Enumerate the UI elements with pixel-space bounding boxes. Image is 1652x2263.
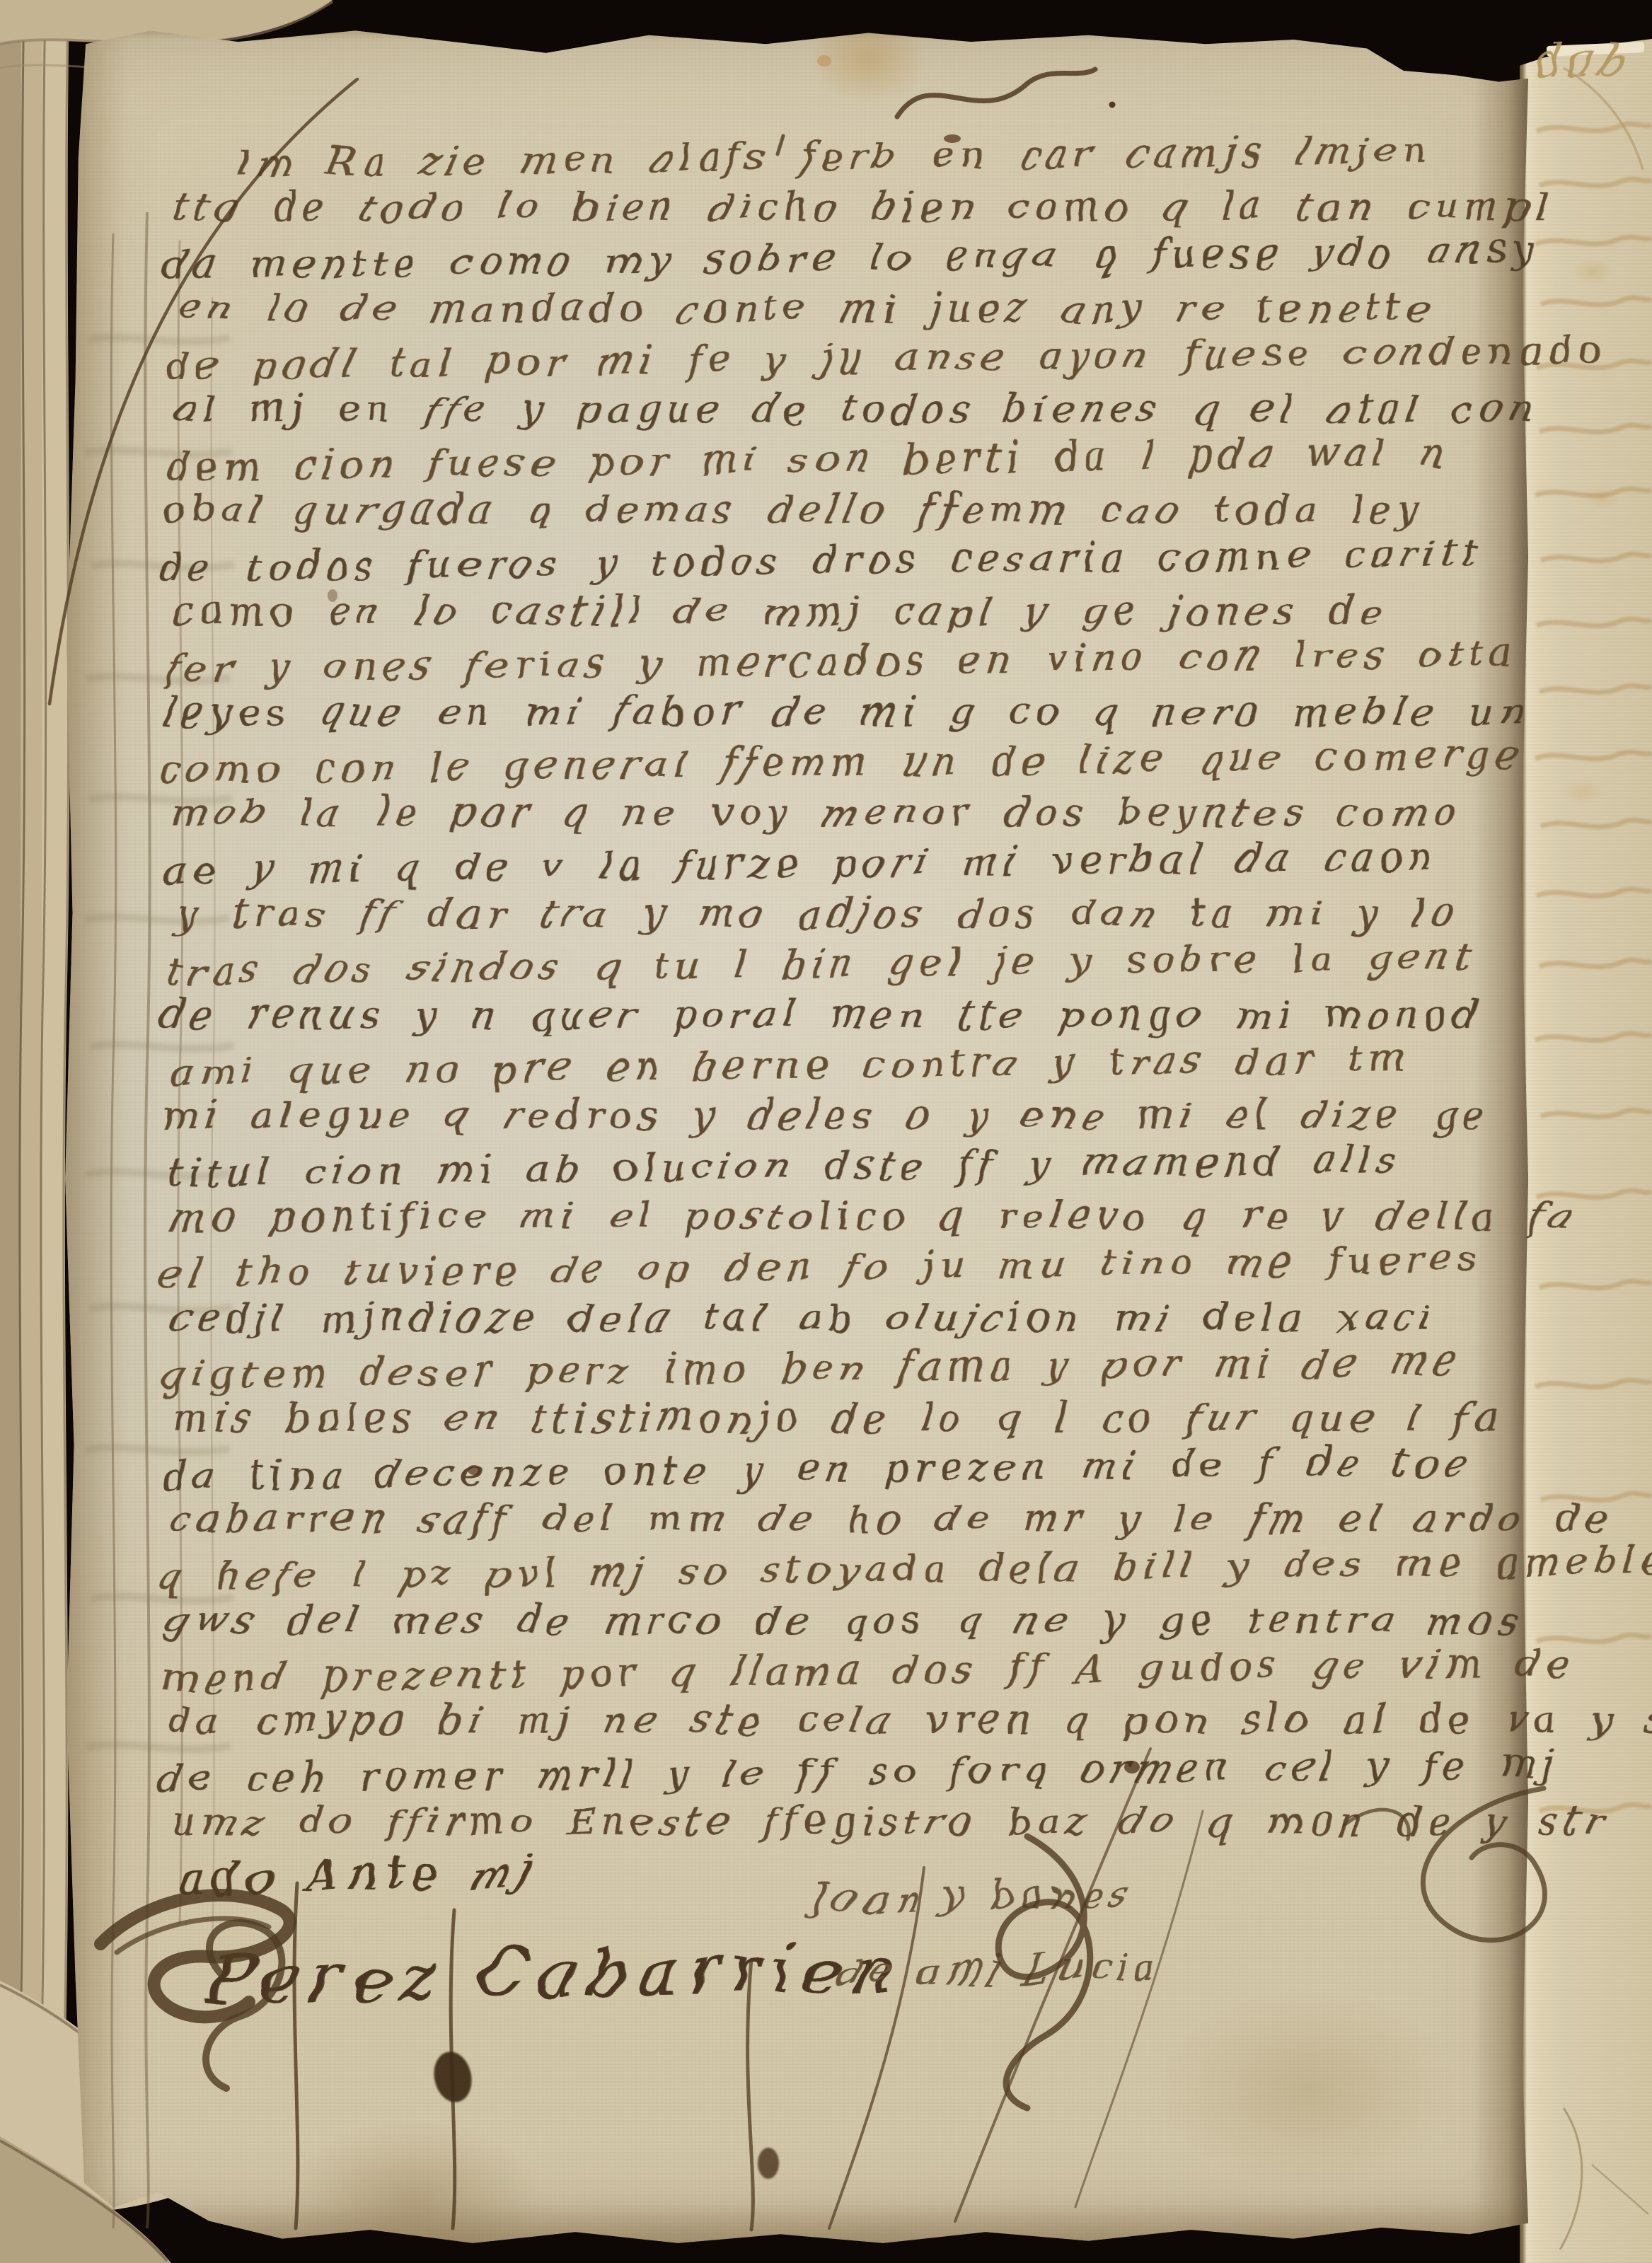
notary-signature: Perez Cabarrien [203, 1931, 911, 2020]
manuscript-photo: lm Ra zie men alafs ferb en car camjs lm… [0, 0, 1652, 2263]
witness-signature-line2: de ami Lucia [836, 1944, 1167, 1994]
signature-block: ado Ante mj Perez Cabarrien Joan y banes… [0, 0, 1652, 2263]
signature-ante-mi: ado Ante mj [173, 1845, 543, 1906]
witness-signature: Joan y banes [809, 1870, 1138, 1921]
folio-mark: dab [1533, 34, 1635, 88]
